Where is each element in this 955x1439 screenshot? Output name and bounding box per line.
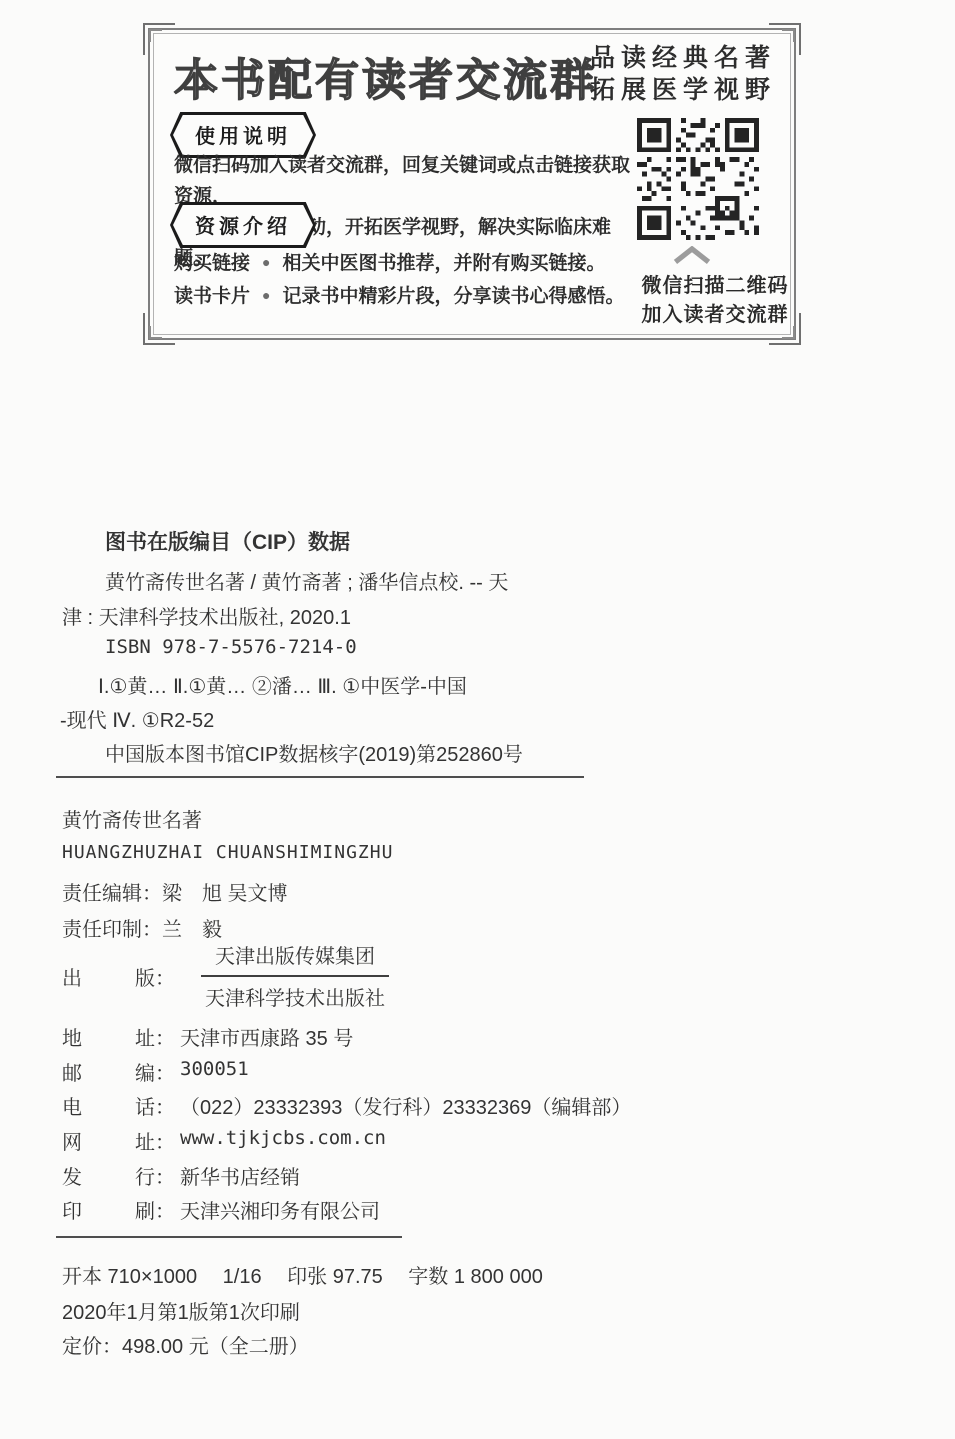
distribution-row-label-char1: 发 <box>62 1161 82 1190</box>
cip-classification-line2: -现代 Ⅳ. ①R2-52 <box>60 704 214 733</box>
promo-slogan: 品读经典名著 拓展医学视野 <box>590 42 776 106</box>
promo-slogan-line2: 拓展医学视野 <box>590 74 776 106</box>
press-name: 天津科学技术出版社 <box>205 977 385 1011</box>
press-group-name: 天津出版传媒集团 <box>201 938 389 977</box>
website-row-label-char1: 网 <box>62 1126 82 1155</box>
address-row-label-char1: 地 <box>62 1022 82 1051</box>
frame-corner-step <box>149 29 162 42</box>
resource-item-reading-cards: 读书卡片●记录书中精彩片段，分享读书心得感悟。 <box>174 281 625 308</box>
resource-item-desc: 相关中医图书推荐，并附有购买链接。 <box>282 253 605 274</box>
qr-caption-line2: 加入读者交流群 <box>640 301 790 330</box>
responsible-editor-line: 责任编辑：梁 旭 吴文博 <box>62 877 288 906</box>
reader-group-promo-box: 本书配有读者交流群 品读经典名著 拓展医学视野 使用说明 微信扫码加入读者交流群… <box>148 28 796 340</box>
resource-item-desc: 记录书中精彩片段，分享读书心得感悟。 <box>282 286 624 307</box>
price-line: 定价：498.00 元（全二册） <box>62 1330 309 1359</box>
address-row-label-char2: 址： <box>135 1022 175 1051</box>
format-line: 开本 710×1000 1/16 印张 97.75 字数 1 800 000 <box>62 1260 543 1289</box>
resource-intro-badge-label: 资源介绍 <box>173 205 313 245</box>
cip-title-statement: 黄竹斋传世名著 / 黄竹斋著 ; 潘华信点校. -- 天 <box>105 566 508 595</box>
distribution-value: 新华书店经销 <box>180 1161 300 1190</box>
postcode-value: 300051 <box>180 1058 249 1080</box>
publish-row-label-char1: 出 <box>62 962 82 991</box>
address-value: 天津市西康路 35 号 <box>180 1022 353 1051</box>
qr-caption-line1: 微信扫描二维码 <box>640 272 790 301</box>
frame-corner-topright <box>769 23 801 55</box>
divider-bottom <box>56 1236 402 1238</box>
usage-instructions-badge-label: 使用说明 <box>173 115 313 155</box>
press-fraction: 天津出版传媒集团 天津科学技术出版社 <box>180 938 410 1011</box>
caret-up-icon <box>672 246 712 264</box>
promo-title: 本书配有读者交流群 <box>174 44 597 108</box>
postcode-row-label-char1: 邮 <box>62 1057 82 1086</box>
cip-isbn: ISBN 978-7-5576-7214-0 <box>105 636 357 658</box>
publish-row-label-char2: 版： <box>135 962 175 991</box>
phone-row-label-char1: 电 <box>62 1091 82 1120</box>
frame-corner-step <box>149 326 162 339</box>
resource-item-label: 购买链接 <box>174 253 250 274</box>
frame-corner-step <box>782 29 795 42</box>
website-value: www.tjkjcbs.com.cn <box>180 1127 386 1149</box>
printing-value: 天津兴湘印务有限公司 <box>180 1195 380 1224</box>
cip-publisher-statement: 津 : 天津科学技术出版社, 2020.1 <box>62 601 351 630</box>
cip-heading: 图书在版编目（CIP）数据 <box>105 526 350 556</box>
divider-top <box>56 776 584 778</box>
postcode-row-label-char2: 编： <box>135 1057 175 1086</box>
book-title-pinyin: HUANGZHUZHAI CHUANSHIMINGZHU <box>62 842 393 863</box>
cip-classification-line1: Ⅰ.①黄… Ⅱ.①黄… ②潘… Ⅲ. ①中医学-中国 <box>98 670 467 699</box>
promo-slogan-line1: 品读经典名著 <box>590 42 776 74</box>
book-title-cn: 黄竹斋传世名著 <box>62 804 202 833</box>
distribution-row-label-char2: 行： <box>135 1161 175 1190</box>
wechat-qr-code <box>637 118 759 240</box>
bullet-dot-icon: ● <box>262 287 270 303</box>
copyright-page: { "promo": { "title": "本书配有读者交流群", "slog… <box>0 0 955 1439</box>
print-run-line: 2020年1月第1版第1次印刷 <box>62 1296 300 1325</box>
frame-corner-topleft <box>143 23 175 55</box>
qr-caption: 微信扫描二维码 加入读者交流群 <box>640 272 790 330</box>
resource-intro-badge: 资源介绍 <box>170 202 316 248</box>
cip-record-number: 中国版本图书馆CIP数据核字(2019)第252860号 <box>105 738 523 767</box>
frame-corner-step <box>782 326 795 339</box>
printing-row-label-char1: 印 <box>62 1195 82 1224</box>
resource-item-label: 读书卡片 <box>174 286 250 307</box>
resource-item-purchase-links: 购买链接●相关中医图书推荐，并附有购买链接。 <box>174 248 606 275</box>
frame-corner-bottomright <box>769 313 801 345</box>
printing-row-label-char2: 刷： <box>135 1195 175 1224</box>
website-row-label-char2: 址： <box>135 1126 175 1155</box>
frame-corner-bottomleft <box>143 313 175 345</box>
phone-value: （022）23332393（发行科）23332369（编辑部） <box>180 1091 631 1120</box>
phone-row-label-char2: 话： <box>135 1091 175 1120</box>
bullet-dot-icon: ● <box>262 254 270 270</box>
